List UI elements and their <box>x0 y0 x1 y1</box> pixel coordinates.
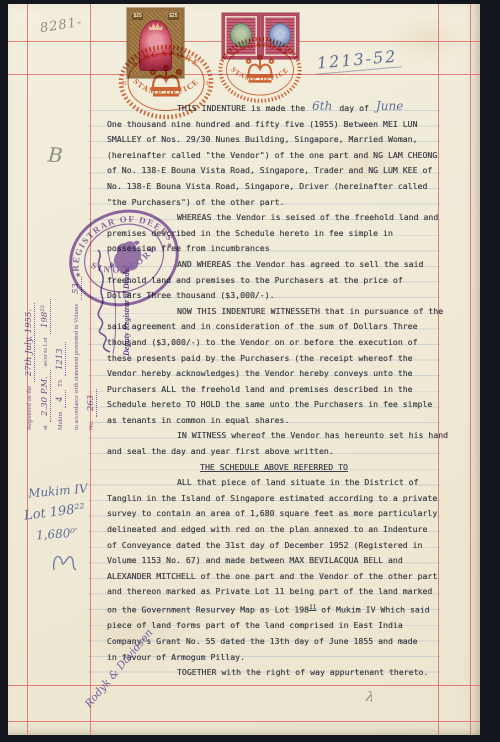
stamp-denomination: $25 <box>132 13 143 20</box>
typed-line: survey to contain an area of 1,680 squar… <box>107 506 441 522</box>
signature-caption: Deputy Registrar of Deeds. <box>121 236 133 356</box>
typed-text: as tenants in common in equal shares. <box>107 415 289 425</box>
typed-line: SMALLEY of Nos. 29/30 Nunes Building, Si… <box>107 132 441 148</box>
typed-text: Vendor hereby acknowledges) the Vendor h… <box>107 368 413 378</box>
endorsement-label: Mukim <box>57 411 64 430</box>
typed-text: of Mukim IV Which said <box>316 605 429 615</box>
typed-line: these presents paid by the Purchasers (t… <box>107 351 441 367</box>
typed-line: TOGETHER with the right of way appurtena… <box>107 665 441 681</box>
typed-text: ALEXANDER MITCHELL of the one part and t… <box>107 571 437 581</box>
endorsement-label: No. <box>88 421 95 430</box>
typed-text: Tanglin in the Island of Singapore estim… <box>107 493 437 503</box>
crown-icon <box>149 23 163 30</box>
typed-line: said agreement and in consideration of t… <box>107 319 441 335</box>
typed-text: said agreement and in consideration of t… <box>107 321 418 331</box>
crown-icon <box>151 66 181 95</box>
typed-text: SMALLEY of Nos. 29/30 Nunes Building, Si… <box>107 134 418 144</box>
endorsement-value: 198²² <box>40 299 51 334</box>
typed-line: piece of land forms part of the land com… <box>107 618 441 634</box>
scanned-deed: THIS INDENTURE is made the6thday ofJuneO… <box>0 0 500 742</box>
handwritten-insert: 6th <box>312 99 332 113</box>
endorsement-value: 263 <box>86 389 97 417</box>
typed-line: Vendor hereby acknowledges) the Vendor h… <box>107 366 441 382</box>
typed-text: and thereon marked as Private Lot 11 bei… <box>107 586 432 596</box>
typed-text: survey to contain an area of 1,680 squar… <box>107 508 437 518</box>
typed-line: thousand ($3,000/-) to the Vendor on or … <box>107 335 441 351</box>
typed-text: of No. 138-E Bouna Vista Road, Singapore… <box>107 165 432 175</box>
typed-line: and thereon marked as Private Lot 11 bei… <box>107 584 441 600</box>
typed-text: and seal the day and year first above wr… <box>107 446 334 456</box>
endorsement-line: at 2.30 P.M. as/or to Lot 198²² <box>38 258 54 430</box>
endorsement-line: Mukim 4 TS 1213 <box>53 258 69 430</box>
typed-line: (hereinafter called "the Vendor") of the… <box>107 148 441 164</box>
cancel-side-ornament: B <box>122 80 127 87</box>
stamp-denomination: $25 <box>168 13 179 20</box>
typed-line: on the Government Resurvey Map as Lot 19… <box>107 600 441 618</box>
endorsement-label: at <box>42 425 49 430</box>
typed-text: (hereinafter called "the Vendor") of the… <box>107 150 437 160</box>
deputy-registrar-signature-block: Deputy Registrar of Deeds. <box>92 236 132 356</box>
endorsement-line: Registered on the 27th July, 1955. <box>22 258 38 430</box>
typed-text: delineated and edged with red on the pla… <box>107 524 427 534</box>
endorsement-label: in accordance with statement presented i… <box>73 304 80 430</box>
typed-line: in favour of Armogum Pillay. <box>107 650 441 666</box>
cancel-side-ornament: B <box>206 80 211 87</box>
stamp-office-cancel: SINGAPORE STAMP OFFICE B B <box>116 43 216 121</box>
endorsement-label: as/or to Lot <box>42 338 49 367</box>
stamp-office-cancel: SINGAPORE STAMP OFFICE <box>216 35 304 105</box>
typed-line: as tenants in common in equal shares. <box>107 413 441 429</box>
typed-text: WHEREAS the Vendor is seised of the free… <box>177 212 438 222</box>
typed-line: ALL that piece of land situate in the Di… <box>107 475 441 491</box>
typed-text: TOGETHER with the right of way appurtena… <box>177 667 428 677</box>
pencil-reference-number: 8281- <box>39 15 83 36</box>
typed-line: IN WITNESS whereof the Vendor has hereun… <box>107 428 441 444</box>
typed-text: Purchasers ALL the freehold land and pre… <box>107 384 413 394</box>
typed-text: on the Government Resurvey Map as Lot 19… <box>107 605 309 615</box>
endorsement-value: 2.30 P.M. <box>40 370 51 422</box>
typed-text: Volume 1153 No. 67) and made between MAX… <box>107 555 403 565</box>
typed-text: ALL that piece of land situate in the Di… <box>177 477 419 487</box>
typed-line: and seal the day and year first above wr… <box>107 444 441 460</box>
typed-text: of Conveyance dated the 31st day of Dece… <box>107 540 422 550</box>
typed-line: NOW THIS INDENTURE WITNESSETH that in pu… <box>107 304 441 320</box>
typed-text: No. 138-E Bouna Vista Road, Singapore, D… <box>107 181 427 191</box>
typed-text: day of <box>339 103 369 113</box>
red-margin-line <box>470 4 471 735</box>
endorsement-value: 53 <box>71 277 82 300</box>
seal-star: ★ <box>165 241 173 251</box>
typed-deed-text: THIS INDENTURE is made the6thday ofJuneO… <box>107 100 441 681</box>
handwritten-insert: June <box>376 99 403 113</box>
typed-line: Company's Grant No. 55 dated the 13th da… <box>107 634 441 650</box>
pencil-margin-letter: B <box>47 143 63 168</box>
typed-line: Volume 1153 No. 67) and made between MAX… <box>107 553 441 569</box>
typed-text: thousand ($3,000/-) to the Vendor on or … <box>107 337 418 347</box>
red-footer-line <box>8 721 480 722</box>
typed-line: Purchasers ALL the freehold land and pre… <box>107 382 441 398</box>
endorsement-label: Registered on the <box>26 386 33 430</box>
pencil-check-mark: λ <box>365 689 375 705</box>
endorsement-value: 27th July, 1955. <box>24 303 35 382</box>
crown-icon <box>247 56 273 82</box>
red-footer-line <box>8 685 480 686</box>
typed-line: ALEXANDER MITCHELL of the one part and t… <box>107 569 441 585</box>
margin-note-mukim: Mukim IV <box>28 481 89 500</box>
endorsement-line: in accordance with statement presented i… <box>69 258 85 430</box>
typed-line: Tanglin in the Island of Singapore estim… <box>107 491 441 507</box>
typed-text: NOW THIS INDENTURE WITNESSETH that in pu… <box>177 306 443 316</box>
typed-text: Schedule hereto TO HOLD the same unto th… <box>107 399 432 409</box>
endorsement-value: 1213 <box>55 342 66 376</box>
margin-note-area: 1,680⁰′ <box>36 526 79 543</box>
typed-text: piece of land forms part of the land com… <box>107 620 403 630</box>
typed-text: THE SCHEDULE ABOVE REFERRED TO <box>200 462 348 472</box>
margin-note-lot: Lot 198²² <box>23 501 85 523</box>
typed-text: Company's Grant No. 55 dated the 13th da… <box>107 636 418 646</box>
typed-line: of Conveyance dated the 31st day of Dece… <box>107 538 441 554</box>
typed-text: AND WHEREAS the Vendor has agreed to sel… <box>177 259 423 269</box>
deed-page: THIS INDENTURE is made the6thday ofJuneO… <box>8 4 480 735</box>
endorsement-value: 4 <box>55 390 66 407</box>
signature-squiggle <box>92 246 116 356</box>
endorsement-label: TS <box>57 380 64 387</box>
typed-line: delineated and edged with red on the pla… <box>107 522 441 538</box>
typed-text: these presents paid by the Purchasers (t… <box>107 353 413 363</box>
file-number-annotation: 1213-52 <box>314 46 402 74</box>
typed-text: IN WITNESS whereof the Vendor has hereun… <box>177 430 448 440</box>
typed-line: of No. 138-E Bouna Vista Road, Singapore… <box>107 163 441 179</box>
margin-flourish <box>50 548 78 574</box>
typed-line: THE SCHEDULE ABOVE REFERRED TO <box>107 460 441 476</box>
typed-line: Schedule hereto TO HOLD the same unto th… <box>107 397 441 413</box>
